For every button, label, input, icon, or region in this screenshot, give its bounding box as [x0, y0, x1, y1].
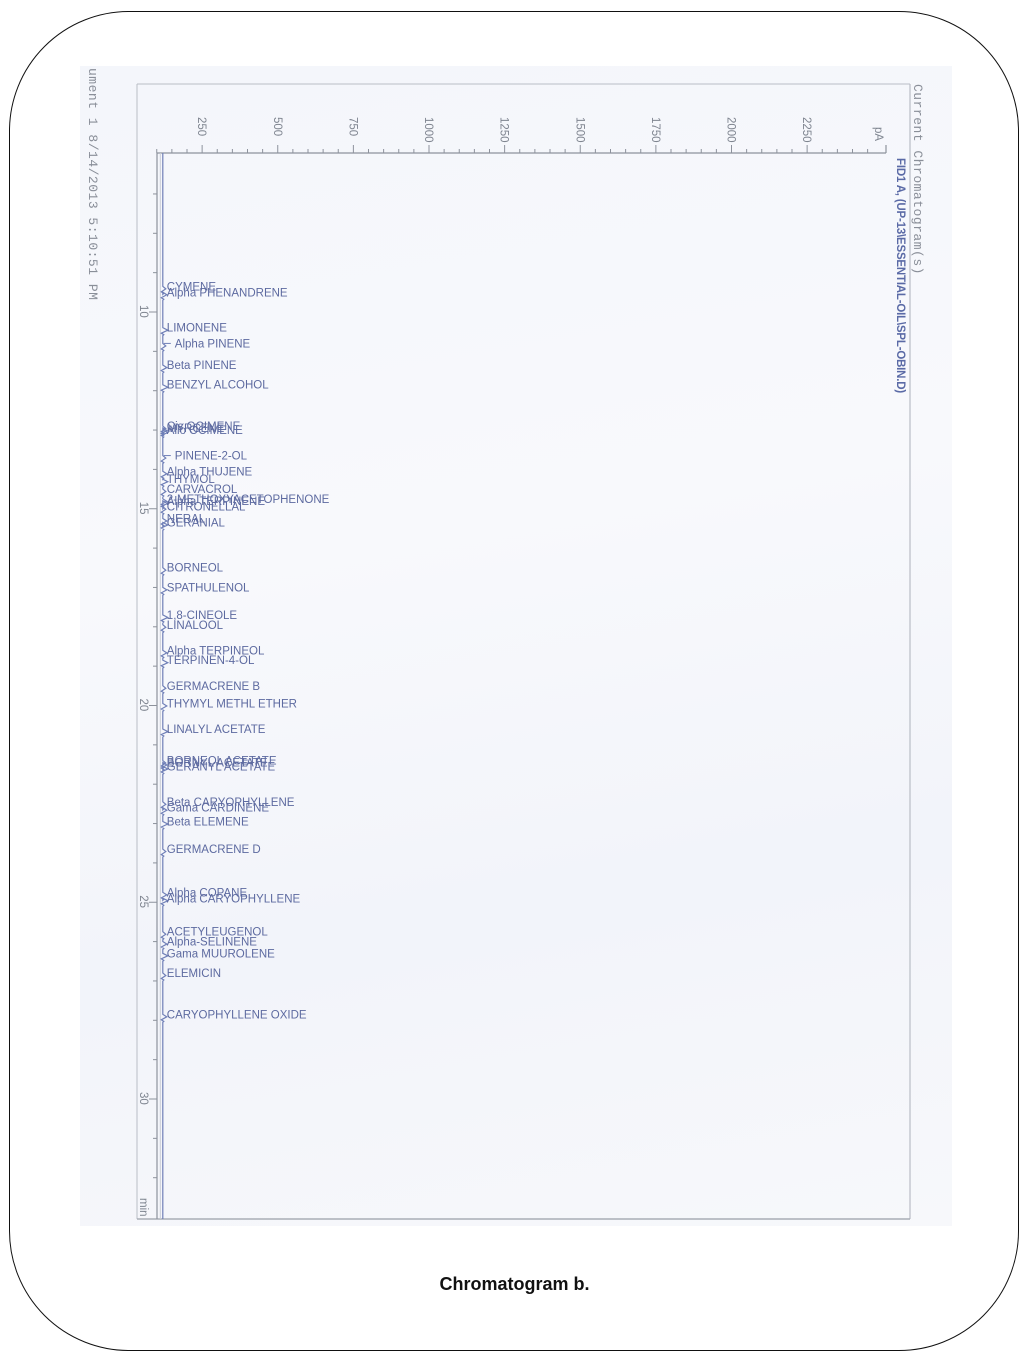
figure-caption: Chromatogram b.: [0, 1274, 1029, 1295]
peak-label: PINENE-2-OL: [175, 451, 248, 463]
time-tick-label: 25: [137, 895, 149, 908]
signal-tick-label: 2250: [800, 117, 812, 143]
peak-label: GERANIAL: [167, 517, 226, 529]
signal-tick-label: 750: [346, 117, 358, 136]
peak-label: Beta PINENE: [167, 360, 237, 372]
peak-label: LINALYL ACETATE: [167, 724, 266, 736]
peak-label: LINALOOL: [167, 620, 224, 632]
signal-tick-label: 500: [271, 117, 283, 136]
peak-label: Alpha PHENANDRENE: [167, 287, 288, 299]
peak-label: TERPINEN-4-OL: [167, 655, 255, 667]
signal-tick-label: 1750: [649, 117, 661, 143]
chromatogram-plot: 250500750100012501500175020002250pA 1015…: [0, 0, 1029, 1358]
peak-label: CITRONELLAL: [167, 502, 246, 514]
time-tick-label: 30: [137, 1092, 149, 1105]
signal-tick-label: 1500: [573, 117, 585, 143]
signal-unit-label: pA: [872, 127, 884, 141]
peak-label: BORNEOL: [167, 563, 224, 575]
peak-label: Alpha-SELINENE: [167, 937, 257, 949]
peak-label: THYMYL METHL ETHER: [167, 698, 297, 710]
time-tick-label: 15: [137, 502, 149, 515]
peak-label: GERMACRENE D: [167, 844, 261, 856]
peak-label: Gama CARDINENE: [167, 803, 270, 815]
signal-tick-label: 250: [195, 117, 207, 136]
peak-label: SPATHULENOL: [167, 582, 250, 594]
peak-label: GERANYL ACETATE: [167, 761, 276, 773]
peak-label: Allo OCIMENE: [167, 425, 243, 437]
peak-label: Beta ELEMENE: [167, 817, 249, 829]
peak-labels: CYMENEAlpha PHENANDRENELIMONENEAlpha PIN…: [164, 281, 330, 1021]
signal-tick-label: 2000: [725, 117, 737, 143]
peak-label: Alpha PINENE: [175, 338, 251, 350]
peak-label: LIMONENE: [167, 323, 227, 335]
peak-label: Alpha CARYOPHYLLENE: [167, 893, 301, 905]
peak-label: Gama MUUROLENE: [167, 948, 275, 960]
signal-axis-pA: 250500750100012501500175020002250pA: [157, 117, 886, 153]
time-axis-min: 1015202530min: [137, 153, 157, 1219]
peak-label: GERMACRENE B: [167, 681, 261, 693]
signal-tick-label: 1000: [422, 117, 434, 143]
time-unit-label: min: [137, 1198, 149, 1217]
time-tick-label: 20: [137, 699, 149, 712]
signal-tick-label: 1250: [498, 117, 510, 143]
peak-label: ELEMICIN: [167, 968, 221, 980]
time-tick-label: 10: [137, 305, 149, 318]
peak-label: BENZYL ALCOHOL: [167, 380, 269, 392]
peak-label: CARYOPHYLLENE OXIDE: [167, 1009, 307, 1021]
